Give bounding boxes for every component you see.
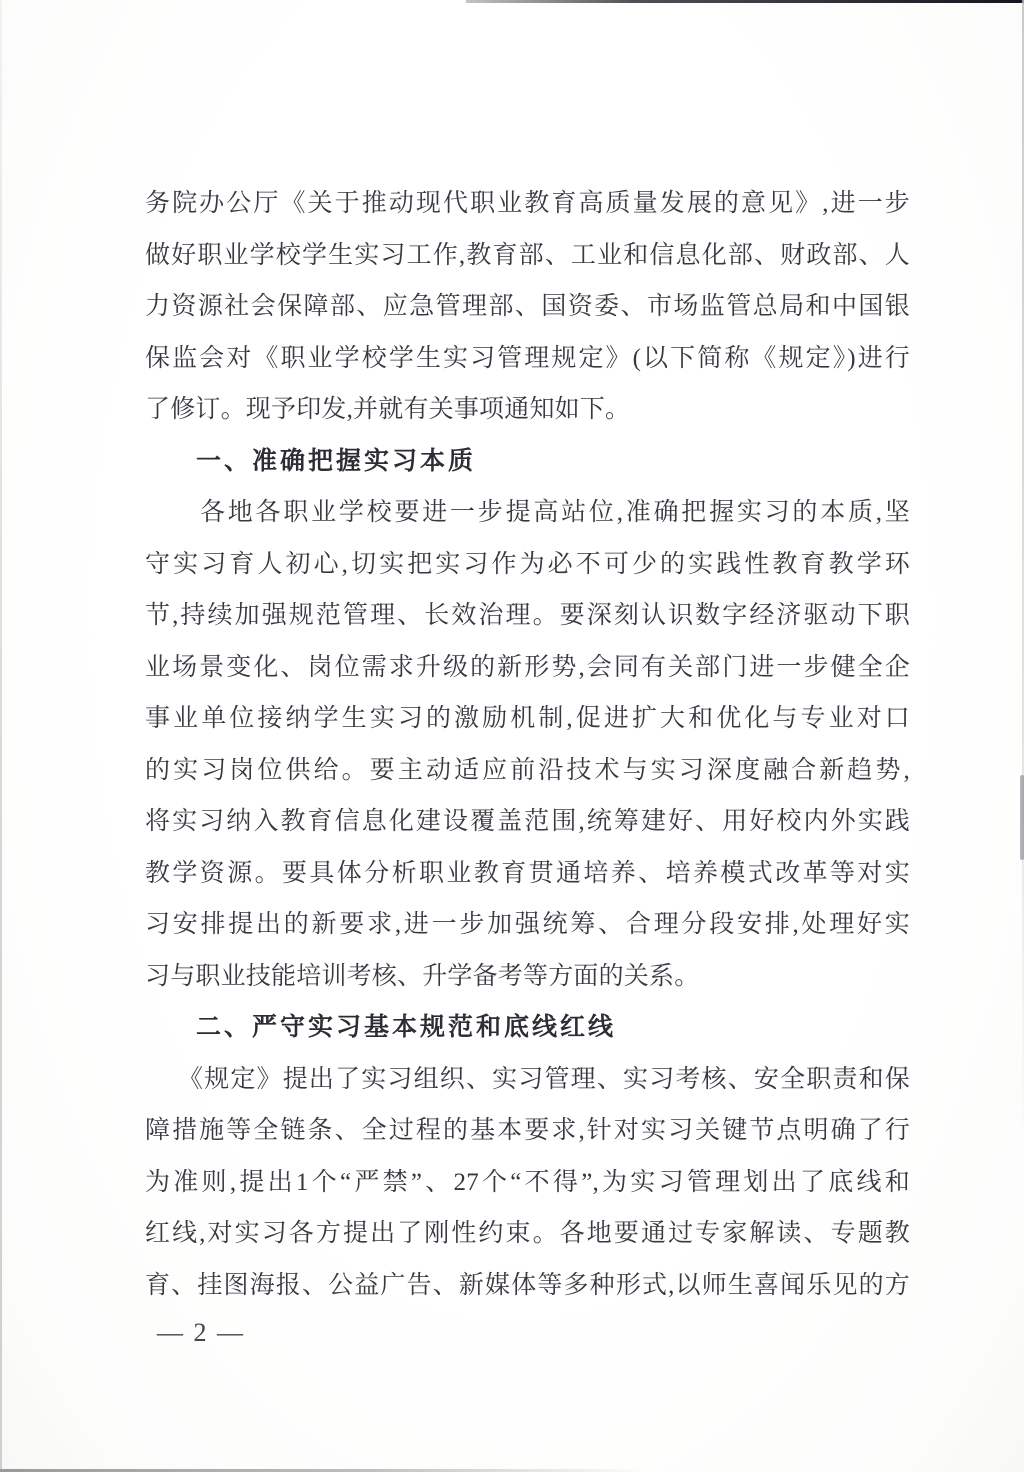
- text-line: 守实习育人初心,切实把实习作为必不可少的实践性教育教学环: [145, 539, 910, 591]
- text-line: 务院办公厅《关于推动现代职业教育高质量发展的意见》,进一步: [145, 178, 910, 230]
- scanned-document-page: 务院办公厅《关于推动现代职业教育高质量发展的意见》,进一步 做好职业学校学生实习…: [0, 0, 1024, 1472]
- text-line: 做好职业学校学生实习工作,教育部、工业和信息化部、财政部、人: [145, 230, 910, 282]
- text-line: 习与职业技能培训考核、升学备考等方面的关系。: [145, 951, 910, 1003]
- text-line: 红线,对实习各方提出了刚性约束。各地要通过专家解读、专题教: [145, 1208, 910, 1260]
- scan-edge-top: [466, 0, 1024, 3]
- text-line: 习安排提出的新要求,进一步加强统筹、合理分段安排,处理好实: [145, 899, 910, 951]
- text-line: 事业单位接纳学生实习的激励机制,促进扩大和优化与专业对口: [145, 693, 910, 745]
- text-line: 保监会对《职业学校学生实习管理规定》(以下简称《规定》)进行: [145, 333, 910, 385]
- scan-edge-left: [0, 0, 2, 1472]
- text-line: 了修订。现予印发,并就有关事项通知如下。: [145, 384, 910, 436]
- scan-smudge-right: [1020, 775, 1024, 860]
- text-line: 障措施等全链条、全过程的基本要求,针对实习关键节点明确了行: [145, 1105, 910, 1157]
- text-line: 将实习纳入教育信息化建设覆盖范围,统筹建好、用好校内外实践: [145, 796, 910, 848]
- text-line: 各地各职业学校要进一步提高站位,准确把握实习的本质,坚: [145, 487, 910, 539]
- document-text-column: 务院办公厅《关于推动现代职业教育高质量发展的意见》,进一步 做好职业学校学生实习…: [145, 178, 910, 1311]
- text-line: 育、挂图海报、公益广告、新媒体等多种形式,以师生喜闻乐见的方: [145, 1260, 910, 1312]
- text-line: 为准则,提出1个“严禁”、27个“不得”,为实习管理划出了底线和: [145, 1157, 910, 1209]
- text-line: 节,持续加强规范管理、长效治理。要深刻认识数字经济驱动下职: [145, 590, 910, 642]
- text-line: 《规定》提出了实习组织、实习管理、实习考核、安全职责和保: [145, 1054, 910, 1106]
- section-heading-2: 二、严守实习基本规范和底线红线: [145, 1002, 910, 1054]
- text-line: 业场景变化、岗位需求升级的新形势,会同有关部门进一步健全企: [145, 642, 910, 694]
- text-line: 教学资源。要具体分析职业教育贯通培养、培养模式改革等对实: [145, 848, 910, 900]
- text-line: 力资源社会保障部、应急管理部、国资委、市场监管总局和中国银: [145, 281, 910, 333]
- text-line: 的实习岗位供给。要主动适应前沿技术与实习深度融合新趋势,: [145, 745, 910, 797]
- page-number: — 2 —: [157, 1316, 245, 1350]
- section-heading-1: 一、准确把握实习本质: [145, 436, 910, 488]
